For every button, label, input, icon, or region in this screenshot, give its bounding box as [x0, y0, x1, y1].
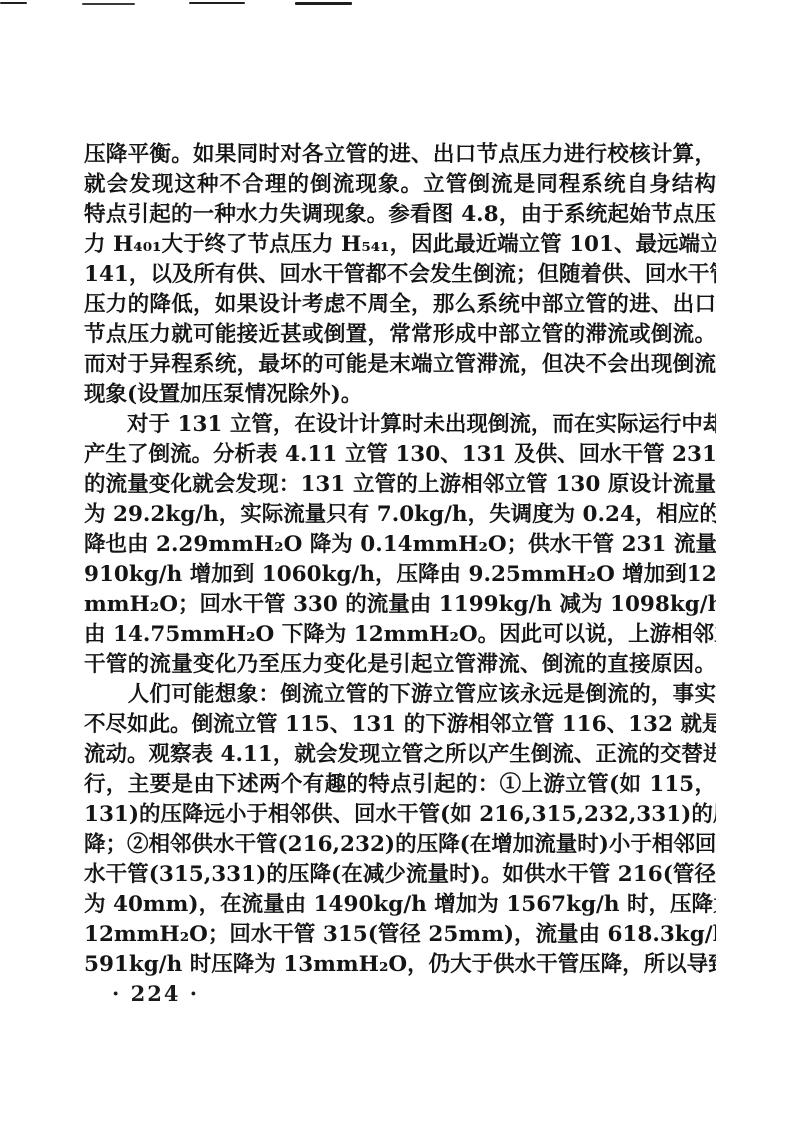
text-line: 水干管(315,331)的压降(在减少流量时)。如供水干管 216(管径 — [84, 860, 716, 890]
text-line: 流动。观察表 4.11，就会发现立管之所以产生倒流、正流的交替进 — [84, 740, 716, 770]
text-line: 特点引起的一种水力失调现象。参看图 4.8，由于系统起始节点压 — [84, 200, 716, 230]
text-line: 压降平衡。如果同时对各立管的进、出口节点压力进行校核计算， — [84, 140, 716, 170]
scanned-page: 压降平衡。如果同时对各立管的进、出口节点压力进行校核计算， 就会发现这种不合理的… — [0, 0, 793, 1121]
text-line: 为 29.2kg/h，实际流量只有 7.0kg/h，失调度为 0.24，相应的压… — [84, 500, 716, 530]
text-line: 行，主要是由下述两个有趣的特点引起的：①上游立管(如 115， — [84, 770, 716, 800]
text-line: 910kg/h 增加到 1060kg/h，压降由 9.25mmH₂O 增加到12… — [84, 560, 716, 590]
text-line: 12mmH₂O；回水干管 315(管径 25mm)，流量由 618.3kg/h … — [84, 920, 716, 950]
text-line: 591kg/h 时压降为 13mmH₂O，仍大于供水干管压降，所以导致 — [84, 950, 716, 980]
text-line: 141，以及所有供、回水干管都不会发生倒流；但随着供、回水干管 — [84, 260, 716, 290]
scan-artifact-line — [295, 2, 352, 5]
text-line: 干管的流量变化乃至压力变化是引起立管滞流、倒流的直接原因。 — [84, 650, 716, 680]
text-line: 不尽如此。倒流立管 115、131 的下游相邻立管 116、132 就是正向 — [84, 710, 716, 740]
text-line: 节点压力就可能接近甚或倒置，常常形成中部立管的滞流或倒流。 — [84, 320, 716, 350]
text-line: 由 14.75mmH₂O 下降为 12mmH₂O。因此可以说，上游相邻立管、 — [84, 620, 716, 650]
text-line: 就会发现这种不合理的倒流现象。立管倒流是同程系统自身结构 — [84, 170, 716, 200]
text-line: 而对于异程系统，最坏的可能是末端立管滞流，但决不会出现倒流 — [84, 350, 716, 380]
text-line: 产生了倒流。分析表 4.11 立管 130、131 及供、回水干管 231、33… — [84, 440, 716, 470]
scan-artifact-line — [189, 2, 245, 4]
text-line: 为 40mm)，在流量由 1490kg/h 增加为 1567kg/h 时，压降为 — [84, 890, 716, 920]
text-line: 人们可能想象：倒流立管的下游立管应该永远是倒流的，事实 — [84, 680, 716, 710]
text-line: 降；②相邻供水干管(216,232)的压降(在增加流量时)小于相邻回 — [84, 830, 716, 860]
text-line: 131)的压降远小于相邻供、回水干管(如 216,315,232,331)的压 — [84, 800, 716, 830]
page-text: 压降平衡。如果同时对各立管的进、出口节点压力进行校核计算， 就会发现这种不合理的… — [84, 140, 716, 980]
text-line: 力 H₄₀₁大于终了节点压力 H₅₄₁，因此最近端立管 101、最远端立管 — [84, 230, 716, 260]
text-line: mmH₂O；回水干管 330 的流量由 1199kg/h 减为 1098kg/h… — [84, 590, 716, 620]
scan-artifact-line — [82, 3, 135, 5]
text-line: 对于 131 立管，在设计计算时未出现倒流，而在实际运行中却 — [84, 410, 716, 440]
scan-artifact-line — [0, 2, 27, 4]
text-line: 降也由 2.29mmH₂O 降为 0.14mmH₂O；供水干管 231 流量由 — [84, 530, 716, 560]
text-line: 的流量变化就会发现：131 立管的上游相邻立管 130 原设计流量 — [84, 470, 716, 500]
page-number: · 224 · — [112, 981, 199, 1006]
text-line: 现象(设置加压泵情况除外)。 — [84, 380, 716, 410]
text-line: 压力的降低，如果设计考虑不周全，那么系统中部立管的进、出口 — [84, 290, 716, 320]
